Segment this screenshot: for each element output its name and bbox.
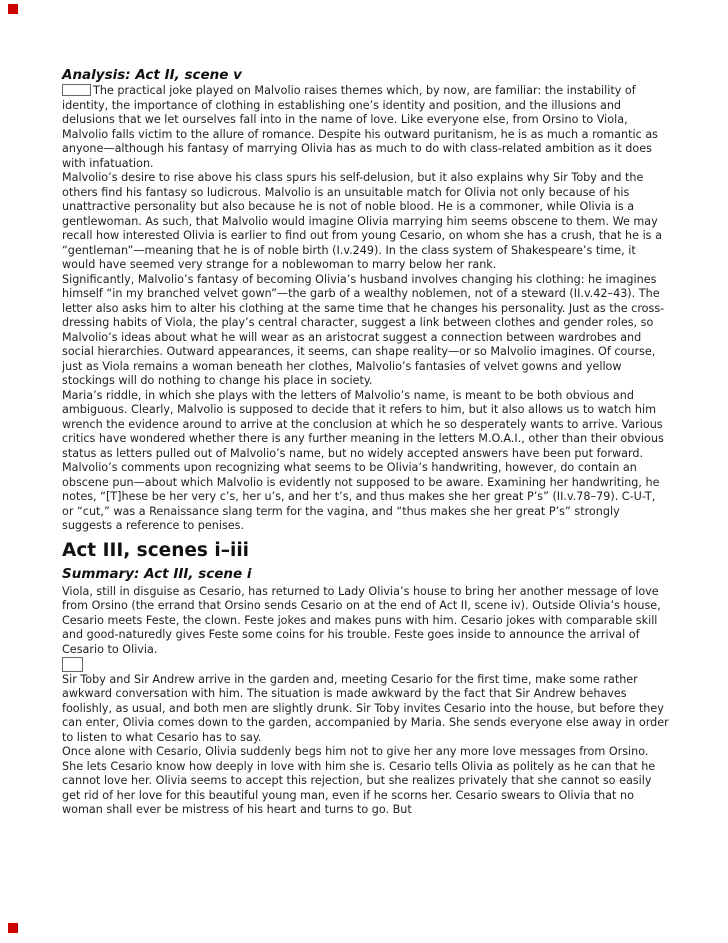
heading-summary-act3-scene1: Summary: Act III, scene i: [62, 565, 670, 583]
heading-act3-scenes: Act III, scenes i–iii: [62, 539, 670, 563]
paragraph-marias-riddle: Maria’s riddle, in which she plays with …: [62, 389, 670, 462]
paragraph-toby-andrew-garden: Sir Toby and Sir Andrew arrive in the ga…: [62, 673, 670, 746]
missing-image-placeholder-icon: [62, 84, 91, 96]
paragraph-clothing-fantasy: Significantly, Malvolio’s fantasy of bec…: [62, 273, 670, 389]
paragraph-practical-joke: The practical joke played on Malvolio ra…: [62, 84, 670, 171]
paragraph-viola-returns: Viola, still in disguise as Cesario, has…: [62, 585, 670, 658]
document-content: Analysis: Act II, scene v The practical …: [62, 66, 670, 818]
paragraph-text: The practical joke played on Malvolio ra…: [62, 84, 658, 170]
heading-analysis-act2-scene5: Analysis: Act II, scene v: [62, 66, 670, 84]
red-square-marker-bottom-left: [8, 923, 18, 933]
paragraph-malvolio-class: Malvolio’s desire to rise above his clas…: [62, 171, 670, 273]
red-square-marker-top-left: [8, 4, 18, 14]
paragraph-obscene-pun: Malvolio’s comments upon recognizing wha…: [62, 461, 670, 534]
paragraph-olivia-confession: Once alone with Cesario, Olivia suddenly…: [62, 745, 670, 818]
ebook-document-page: Analysis: Act II, scene v The practical …: [0, 0, 728, 943]
placeholder-line: [62, 657, 670, 673]
missing-image-placeholder-icon: [62, 657, 83, 672]
